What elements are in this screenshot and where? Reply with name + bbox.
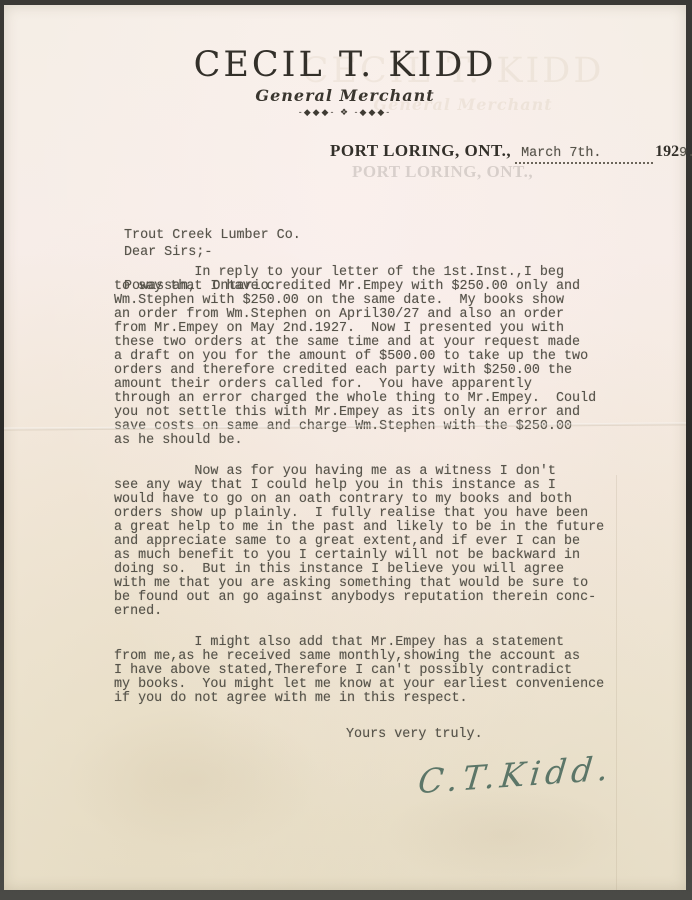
letterhead-ornament-icon: -◆◆◆- ❖ -◆◆◆- [4,107,686,118]
year-typed: 9. [679,146,692,161]
letter-page: CECIL T. KIDD General Merchant PORT LORI… [4,5,686,890]
ghost-place-text: PORT LORING, ONT., [352,162,533,181]
recipient-line1: Trout Creek Lumber Co. [124,227,301,244]
paragraph-3: I might also add that Mr.Empey has a sta… [114,636,634,706]
paper-smudge [64,705,324,855]
paragraph-1: In reply to your letter of the 1st.Inst.… [114,266,634,448]
ghost-dateline: PORT LORING, ONT., [352,162,533,182]
salutation: Dear Sirs;- [124,245,212,260]
dateline: PORT LORING, ONT., March 7th.1929. [330,141,692,164]
typed-date: March 7th. [515,146,653,164]
scan-frame: CECIL T. KIDD General Merchant PORT LORI… [0,0,692,900]
year-printed: 192 [653,143,679,160]
letter-body: In reply to your letter of the 1st.Inst.… [114,266,634,723]
place-text: PORT LORING, ONT., [330,141,511,160]
closing: Yours very truly. [346,727,483,742]
letterhead-subtitle: General Merchant [4,86,686,105]
letterhead-name: CECIL T. KIDD [4,45,686,85]
handwritten-signature: C.T.Kidd. [416,744,680,802]
vertical-crease [616,475,617,890]
paragraph-2: Now as for you having me as a witness I … [114,465,634,619]
